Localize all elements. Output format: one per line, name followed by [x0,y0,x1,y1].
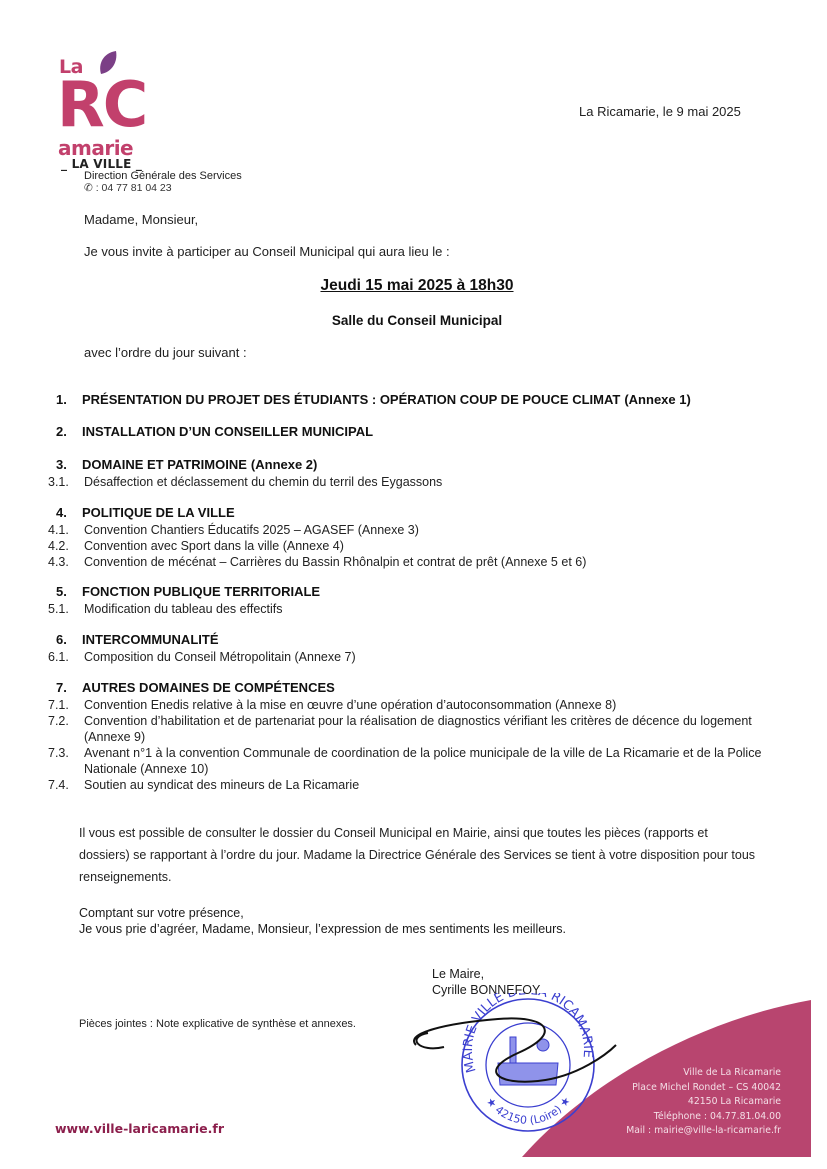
agenda-item-text: Modification du tableau des effectifs [84,601,784,617]
meeting-place: Salle du Conseil Municipal [0,313,827,328]
dateline: La Ricamarie, le 9 mai 2025 [579,104,741,119]
agenda-item-number: 3.1. [48,474,82,490]
svg-text:MAIRIE VILLE DE LA RICAMARIE: MAIRIE VILLE DE LA RICAMARIE [461,993,595,1074]
agenda-item-text: Convention Enedis relative à la mise en … [84,697,784,713]
agenda-item-number: 7.4. [48,777,82,793]
footer-contact: Ville de La RicamariePlace Michel Rondet… [626,1066,781,1139]
agenda-item: 3.1.Désaffection et déclassement du chem… [48,474,784,490]
agenda-section-number: 1. [56,392,82,407]
agenda-section-number: 2. [56,424,82,439]
stamp-top-text: MAIRIE VILLE DE LA RICAMARIE [461,993,595,1074]
agenda-section-number: 3. [56,457,82,472]
footer-contact-line: Ville de La Ricamarie [626,1066,781,1081]
meeting-date: Jeudi 15 mai 2025 à 18h30 [0,277,827,295]
agenda-section: 7.AUTRES DOMAINES DE COMPÉTENCES [56,680,335,695]
agenda-item: 4.3.Convention de mécénat – Carrières du… [48,554,784,570]
agenda-section: 4.POLITIQUE DE LA VILLE [56,505,235,520]
footer-contact-line[interactable]: Mail : mairie@ville-la-ricamarie.fr [626,1124,781,1139]
department-name: Direction Générale des Services [84,170,242,182]
agenda-section-annex: (Annexe 2) [251,457,317,472]
agenda-item-number: 7.1. [48,697,82,713]
agenda-section-title: INSTALLATION D’UN CONSEILLER MUNICIPAL [82,424,373,439]
agenda-item-text: Désaffection et déclassement du chemin d… [84,474,784,490]
city-logo: La RC amarie [54,50,154,160]
closing-line-1: Comptant sur votre présence, [79,906,244,920]
agenda-item: 7.3.Avenant n°1 à la convention Communal… [48,745,784,777]
agenda-item-number: 6.1. [48,649,82,665]
agenda-item-text: Avenant n°1 à la convention Communale de… [84,745,784,777]
agenda-item-text: Composition du Conseil Métropolitain (An… [84,649,784,665]
agenda-item: 7.1.Convention Enedis relative à la mise… [48,697,784,713]
agenda-section: 3.DOMAINE ET PATRIMOINE(Annexe 2) [56,457,317,472]
agenda-item-number: 7.2. [48,713,82,729]
footer-contact-line: Place Michel Rondet – CS 40042 [626,1081,781,1096]
agenda-section-number: 5. [56,584,82,599]
salutation: Madame, Monsieur, [84,212,198,227]
website-link[interactable]: www.ville-laricamarie.fr [55,1121,224,1136]
agenda-item-number: 4.2. [48,538,82,554]
attachments-note: Pièces jointes : Note explicative de syn… [79,1018,356,1030]
invitation-text: Je vous invite à participer au Conseil M… [84,244,450,259]
agenda-section-title: INTERCOMMUNALITÉ [82,632,219,647]
coat-of-arms-icon [498,1037,558,1085]
agenda-intro: avec l’ordre du jour suivant : [84,345,247,360]
official-stamp: MAIRIE VILLE DE LA RICAMARIE ★ 42150 (Lo… [408,993,618,1143]
signer-title: Le Maire, [432,967,484,981]
agenda-item: 7.4.Soutien au syndicat des mineurs de L… [48,777,784,793]
agenda-section: 5.FONCTION PUBLIQUE TERRITORIALE [56,584,320,599]
agenda-section-title: POLITIQUE DE LA VILLE [82,505,235,520]
agenda-section-title: PRÉSENTATION DU PROJET DES ÉTUDIANTS : O… [82,392,620,407]
agenda-item: 4.1.Convention Chantiers Éducatifs 2025 … [48,522,784,538]
agenda-section-number: 7. [56,680,82,695]
agenda-section-title: AUTRES DOMAINES DE COMPÉTENCES [82,680,335,695]
agenda-item-number: 5.1. [48,601,82,617]
agenda-section-title: DOMAINE ET PATRIMOINE [82,457,247,472]
agenda-section: 6.INTERCOMMUNALITÉ [56,632,219,647]
agenda-item-text: Convention avec Sport dans la ville (Ann… [84,538,784,554]
agenda-section-number: 4. [56,505,82,520]
closing-line-2: Je vous prie d’agréer, Madame, Monsieur,… [79,922,566,936]
agenda-item-number: 4.3. [48,554,82,570]
agenda-item: 5.1.Modification du tableau des effectif… [48,601,784,617]
agenda-item: 7.2.Convention d’habilitation et de part… [48,713,784,745]
agenda-section-title: FONCTION PUBLIQUE TERRITORIALE [82,584,320,599]
agenda-item-text: Convention de mécénat – Carrières du Bas… [84,554,784,570]
agenda-section-annex: (Annexe 1) [624,392,690,407]
agenda-section-number: 6. [56,632,82,647]
agenda-item-text: Soutien au syndicat des mineurs de La Ri… [84,777,784,793]
agenda-item-number: 7.3. [48,745,82,761]
agenda-item: 6.1.Composition du Conseil Métropolitain… [48,649,784,665]
agenda-item-number: 4.1. [48,522,82,538]
agenda-section: 2.INSTALLATION D’UN CONSEILLER MUNICIPAL [56,424,373,439]
footer-contact-line: Téléphone : 04.77.81.04.00 [626,1110,781,1125]
agenda-section: 1.PRÉSENTATION DU PROJET DES ÉTUDIANTS :… [56,392,691,407]
logo-tagline: _ LA VILLE _ [61,157,142,171]
department-phone: ✆ : 04 77 81 04 23 [84,182,172,194]
agenda-item-text: Convention Chantiers Éducatifs 2025 – AG… [84,522,784,538]
agenda-item-text: Convention d’habilitation et de partenar… [84,713,784,745]
consult-paragraph: Il vous est possible de consulter le dos… [79,822,759,888]
footer-contact-line: 42150 La Ricamarie [626,1095,781,1110]
logo-rc: RC [57,74,146,136]
agenda-item: 4.2.Convention avec Sport dans la ville … [48,538,784,554]
